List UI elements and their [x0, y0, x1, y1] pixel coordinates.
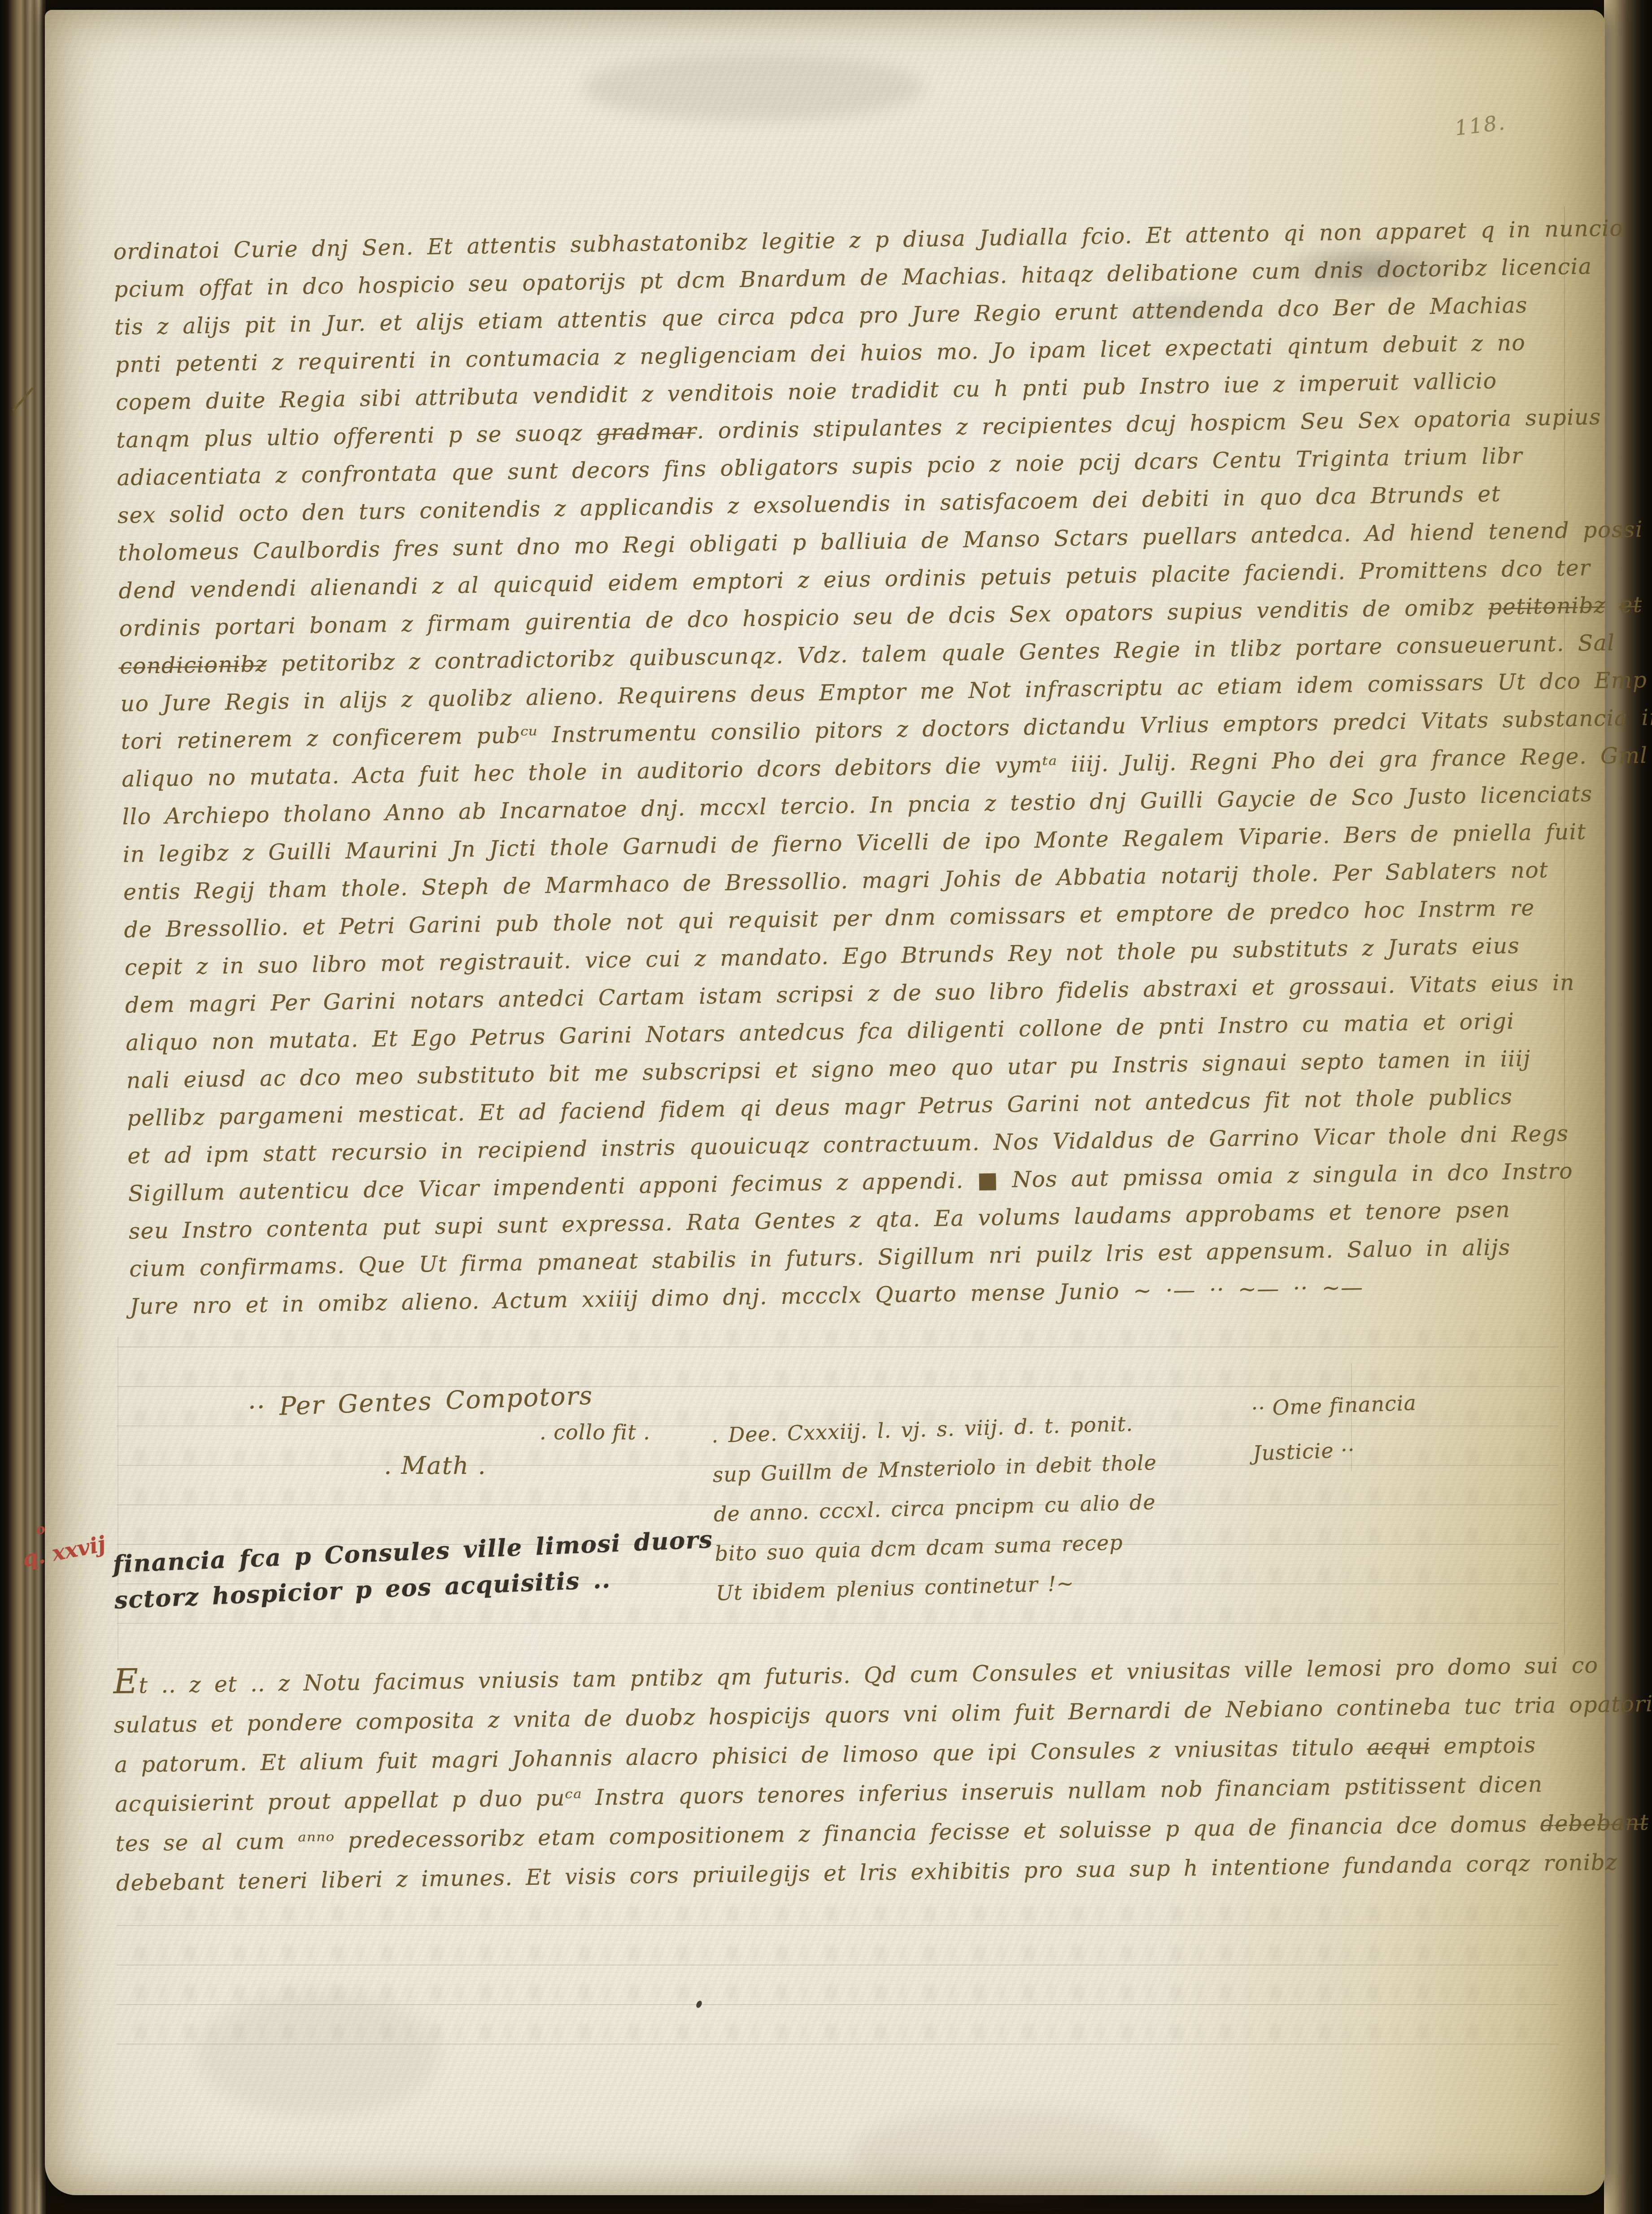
registration-collo-fit: . collo fit . — [540, 1420, 650, 1444]
show-through-streak — [135, 1906, 1543, 1922]
ink-smudge — [1112, 292, 1256, 332]
registration-amount-note: . Dee. Cxxxiij. l. vj. s. viij. d. t. po… — [711, 1403, 1160, 1613]
registration-math-mark: . Math . — [384, 1451, 487, 1480]
main-text-block: ordinatoi Curie dnj Sen. Et attentis sub… — [113, 210, 1592, 1326]
ink-smudge — [1274, 242, 1467, 296]
parchment-stain — [852, 2108, 1166, 2198]
parchment-stain — [197, 1992, 440, 2117]
ruled-line — [117, 1925, 1559, 1926]
financia-note-line: Justicie ·· — [1252, 1425, 1419, 1476]
bottom-text-block: Et .. z et .. z Notu facimus vniusis tam… — [113, 1644, 1592, 1903]
parchment-stain — [583, 54, 924, 121]
ruled-line — [117, 1347, 1559, 1347]
ruled-line — [117, 1965, 1559, 1966]
registration-financia-note: ·· Ome financia Justicie ·· — [1251, 1380, 1419, 1476]
show-through-streak — [135, 1946, 1543, 1961]
book-page-stack-left-edge — [0, 0, 46, 2214]
manuscript-scan: 118. / o q. xxvij ordinatoi Curie dnj Se… — [0, 0, 1652, 2214]
ruled-line — [117, 1623, 1559, 1624]
book-page-stack-right-edge — [1604, 0, 1652, 2214]
financia-note-line: ·· Ome financia — [1251, 1380, 1417, 1431]
show-through-streak — [135, 1330, 1543, 1345]
